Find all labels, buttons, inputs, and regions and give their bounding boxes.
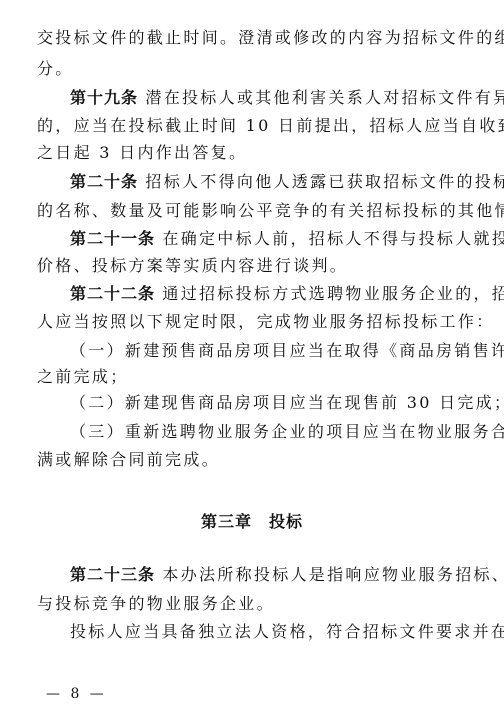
list-item: （二）新建现售商品房项目应当在现售前 30 日完成； [70,393,476,413]
article-text: 本办法所称投标人是指响应物业服务招标、参 [155,565,504,584]
chapter-heading: 第三章 投标 [0,509,504,532]
article-number: 第二十一条 [70,229,155,248]
article-number: 第二十条 [70,172,138,191]
list-item: （一）新建预售商品房项目应当在取得《商品房销售许可证》 [70,341,476,361]
list-item: （三）重新选聘物业服务企业的项目应当在物业服务合同届 [70,422,476,442]
article-text: 通过招标投标方式选聘物业服务企业的，招标 [155,284,504,303]
article-number: 第二十二条 [70,284,155,303]
article-number: 第二十三条 [70,565,155,584]
article-21: 第二十一条 在确定中标人前，招标人不得与投标人就投标 [70,229,476,249]
text-line: 与投标竞争的物业服务企业。 [37,594,476,614]
article-23: 第二十三条 本办法所称投标人是指响应物业服务招标、参 [70,565,476,585]
article-number: 第十九条 [70,88,138,107]
text-line: 人应当按照以下规定时限，完成物业服务招标投标工作： [37,312,476,332]
text-line: 分。 [37,59,476,79]
article-19: 第十九条 潜在投标人或其他利害关系人对招标文件有异议 [70,88,476,108]
article-20: 第二十条 招标人不得向他人透露已获取招标文件的投标人 [70,172,476,192]
text-line: 交投标文件的截止时间。澄清或修改的内容为招标文件的组成部 [37,28,476,48]
text-line: 的名称、数量及可能影响公平竞争的有关招标投标的其他情况。 [37,201,476,221]
text-line: 的，应当在投标截止时间 10 日前提出，招标人应当自收到异议 [37,116,476,136]
article-text: 在确定中标人前，招标人不得与投标人就投标 [155,229,504,248]
text-line: 价格、投标方案等实质内容进行谈判。 [37,256,476,276]
text-line: 之日起 3 日内作出答复。 [37,143,476,163]
article-22: 第二十二条 通过招标投标方式选聘物业服务企业的，招标 [70,284,476,304]
page-number: — 8 — [46,686,107,702]
article-text: 招标人不得向他人透露已获取招标文件的投标人 [138,172,504,191]
text-line: 满或解除合同前完成。 [37,450,476,470]
article-text: 潜在投标人或其他利害关系人对招标文件有异议 [138,88,504,107]
text-line: 投标人应当具备独立法人资格，符合招标文件要求并在河北 [70,622,476,642]
text-line: 之前完成； [37,367,476,387]
